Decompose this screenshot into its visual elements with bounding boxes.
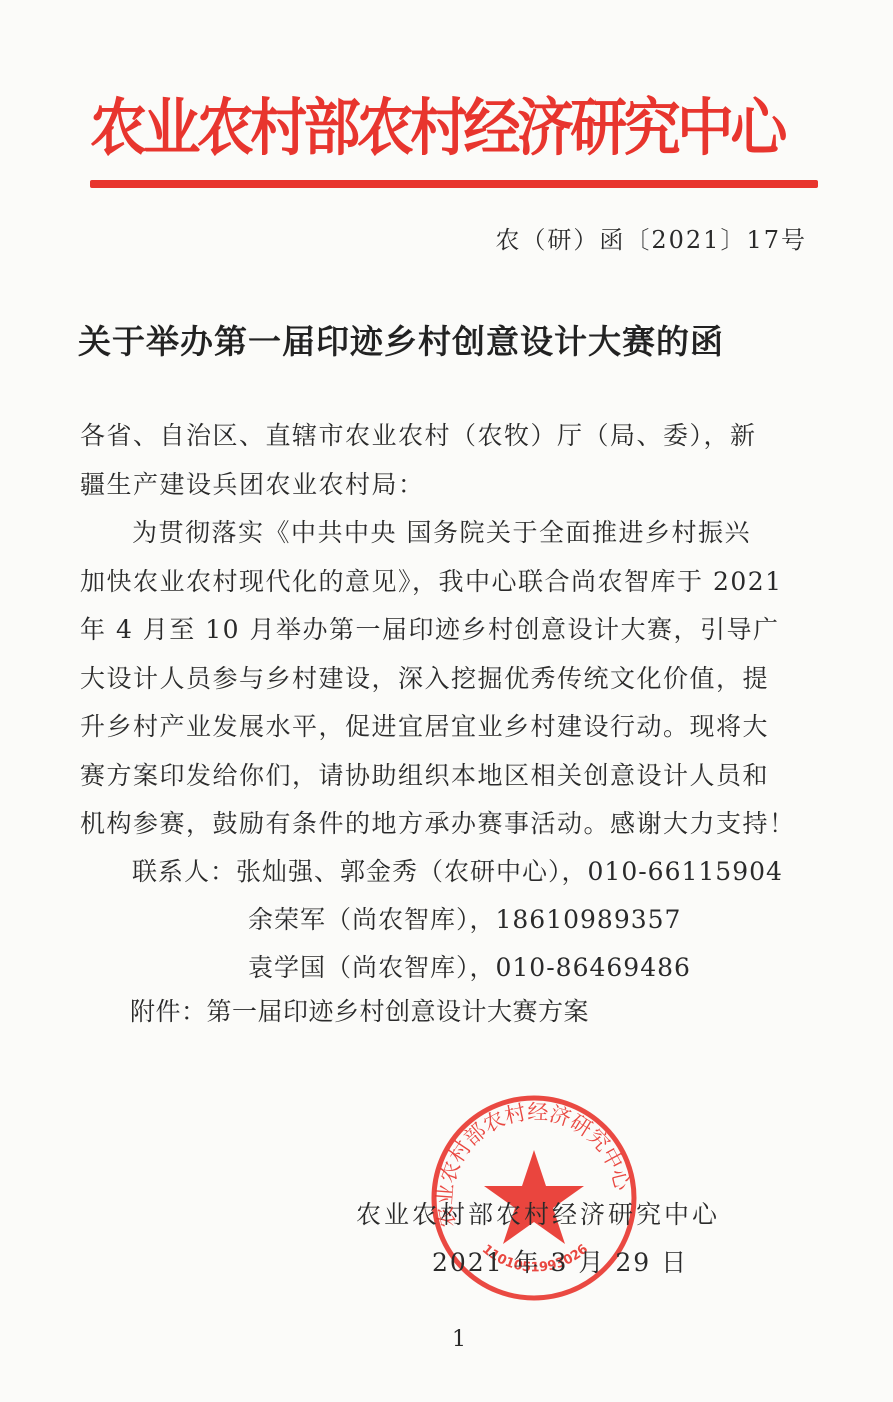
- contact-entry: 张灿强、郭金秀（农研中心），010-66115904: [236, 857, 783, 886]
- signature-org: 农业农村部农村经济研究中心: [356, 1195, 720, 1231]
- contact-entry: 袁学国（尚农智库），010-86469486: [132, 944, 783, 992]
- signature-date: 2021 年 3 月 29 日: [432, 1243, 688, 1279]
- body-paragraph-line: 机构参赛，鼓励有条件的地方承办赛事活动。感谢大力支持！: [80, 800, 812, 849]
- document-title: 关于举办第一届印迹乡村创意设计大赛的函: [78, 316, 818, 363]
- contact-entry: 余荣军（尚农智库），18610989357: [132, 896, 783, 944]
- addressee-line: 疆生产建设兵团农业农村局：: [80, 461, 812, 510]
- contacts-label: 联系人：: [132, 857, 236, 886]
- addressee-line: 各省、自治区、直辖市农业农村（农牧）厅（局、委），新: [80, 412, 812, 461]
- letterhead-org-name: 农业农村部农村经济研究中心: [90, 88, 762, 168]
- body-paragraph-line: 大设计人员参与乡村建设，深入挖掘优秀传统文化价值，提: [80, 655, 812, 704]
- body-paragraph-line: 赛方案印发给你们，请协助组织本地区相关创意设计人员和: [80, 752, 812, 801]
- attachment-note: 附件：第一届印迹乡村创意设计大赛方案: [130, 992, 589, 1028]
- body-paragraph-line: 为贯彻落实《中共中央 国务院关于全面推进乡村振兴: [80, 509, 812, 558]
- body-paragraph-line: 年 4 月至 10 月举办第一届印迹乡村创意设计大赛，引导广: [80, 606, 812, 655]
- contact-line: 联系人：张灿强、郭金秀（农研中心），010-66115904: [132, 848, 783, 896]
- contacts-block: 联系人：张灿强、郭金秀（农研中心），010-66115904 余荣军（尚农智库）…: [132, 848, 783, 992]
- body-paragraph-line: 加快农业农村现代化的意见》，我中心联合尚农智库于 2021: [80, 558, 812, 607]
- page-number: 1: [452, 1327, 466, 1352]
- letterhead-red-rule: [90, 180, 818, 188]
- body-paragraph-line: 升乡村产业发展水平，促进宜居宜业乡村建设行动。现将大: [80, 703, 812, 752]
- document-body: 各省、自治区、直辖市农业农村（农牧）厅（局、委），新 疆生产建设兵团农业农村局：…: [80, 412, 812, 849]
- document-number: 农（研）函〔2021〕17号: [495, 220, 807, 255]
